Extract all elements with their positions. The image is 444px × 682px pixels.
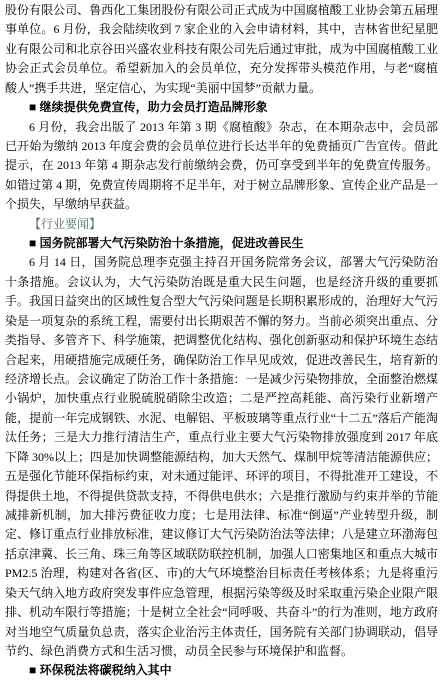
heading-state-council-ten-measures: ■ 国务院部署大气污染防治十条措施，促进改善民生 bbox=[5, 234, 438, 253]
paragraph-air-pollution-measures: 6 月 14 日，国务院总理李克强主持召开国务院常务会议，部署大气污染防治十条措… bbox=[5, 253, 438, 661]
heading-environmental-tax-law: ■ 环保税法将碳税纳入其中 bbox=[5, 661, 438, 680]
heading-free-publicity: ■ 继续提供免费宣传，助力会员打造品牌形象 bbox=[5, 98, 438, 117]
document-page: 股份有限公司、鲁西化工集团股份有限公司正式成为中国腐植酸工业协会第五届理事单位。… bbox=[0, 0, 444, 682]
paragraph-new-members: 股份有限公司、鲁西化工集团股份有限公司正式成为中国腐植酸工业协会第五届理事单位。… bbox=[5, 1, 438, 98]
section-label-industry-news: 【行业要闻】 bbox=[5, 215, 438, 234]
paragraph-magazine-publicity: 6 月份，我会出版了 2013 年第 3 期《腐植酸》杂志，在本期杂志中，会员部… bbox=[5, 118, 438, 215]
